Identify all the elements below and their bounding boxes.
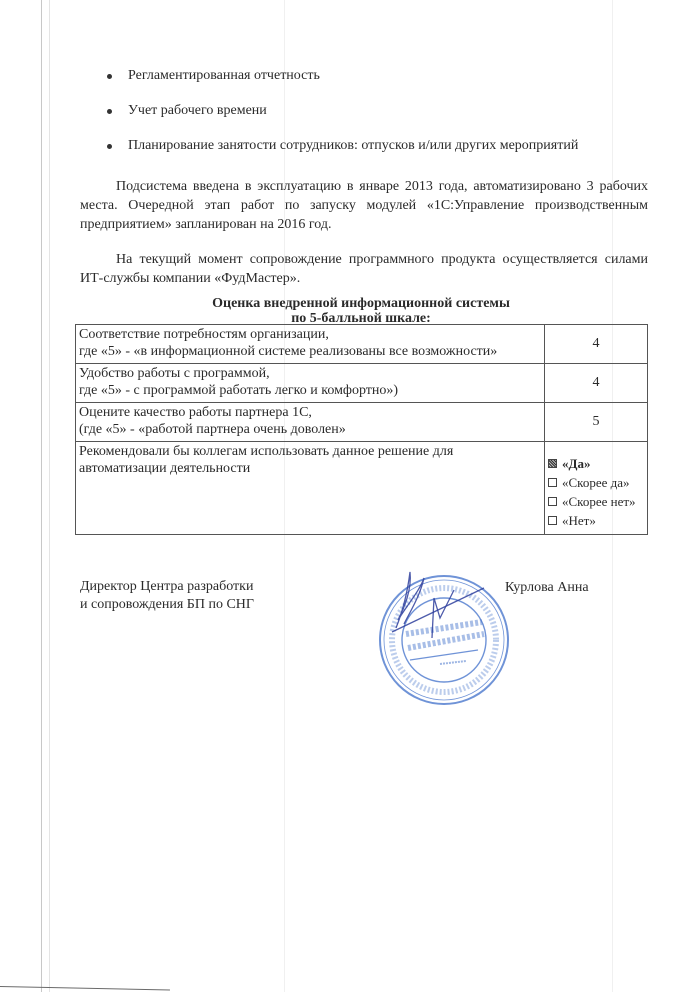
question-criteria: где «5» - с программой работать легко и … — [79, 382, 541, 399]
question-cell: Соответствие потребностям организации, г… — [76, 325, 545, 364]
recommend-options-cell: «Да» «Скорее да» «Скорее нет» «Нет» — [545, 442, 648, 535]
option-rather-yes[interactable]: «Скорее да» — [548, 473, 644, 492]
signatory-name: Курлова Анна — [505, 580, 589, 596]
option-label: «Да» — [562, 454, 590, 473]
checkbox-icon[interactable] — [548, 459, 557, 468]
list-item-text: Учет рабочего времени — [128, 103, 267, 118]
question-cell: Рекомендовали бы коллегам использовать д… — [76, 442, 545, 535]
score-cell: 4 — [545, 325, 648, 364]
question-criteria: (где «5» - «работой партнера очень довол… — [79, 421, 541, 438]
bullet-icon — [107, 109, 112, 114]
question-cell: Удобство работы с программой, где «5» - … — [76, 364, 545, 403]
option-label: «Скорее нет» — [562, 492, 636, 511]
checkbox-icon[interactable] — [548, 516, 557, 525]
rating-table: Соответствие потребностям организации, г… — [75, 324, 648, 535]
list-item-text: Регламентированная отчетность — [128, 68, 320, 83]
company-stamp-icon — [374, 568, 514, 708]
option-label: «Нет» — [562, 511, 596, 530]
bullet-icon — [107, 144, 112, 149]
list-item-text: Планирование занятости сотрудников: отпу… — [128, 138, 578, 153]
position-line: и сопровождения БП по СНГ — [80, 596, 254, 614]
list-item: Планирование занятости сотрудников: отпу… — [104, 136, 578, 171]
paragraph-support: На текущий момент сопровождение программ… — [80, 250, 648, 288]
option-yes[interactable]: «Да» — [548, 454, 644, 473]
option-label: «Скорее да» — [562, 473, 630, 492]
score-cell: 5 — [545, 403, 648, 442]
position-line: Директор Центра разработки — [80, 578, 254, 596]
scan-artifact-line — [49, 0, 50, 992]
table-row: Рекомендовали бы коллегам использовать д… — [76, 442, 648, 535]
scan-artifact-edge — [0, 986, 170, 991]
table-row: Удобство работы с программой, где «5» - … — [76, 364, 648, 403]
list-item: Регламентированная отчетность — [104, 66, 578, 101]
checkbox-icon[interactable] — [548, 497, 557, 506]
feature-list: Регламентированная отчетность Учет рабоч… — [104, 66, 578, 171]
bullet-icon — [107, 74, 112, 79]
option-rather-no[interactable]: «Скорее нет» — [548, 492, 644, 511]
table-row: Оцените качество работы партнера 1С, (гд… — [76, 403, 648, 442]
question-text: Рекомендовали бы коллегам использовать д… — [79, 443, 541, 460]
paragraph-deployment: Подсистема введена в эксплуатацию в янва… — [80, 177, 648, 234]
score-cell: 4 — [545, 364, 648, 403]
question-cell: Оцените качество работы партнера 1С, (гд… — [76, 403, 545, 442]
table-title-line: Оценка внедренной информационной системы — [75, 297, 647, 312]
option-no[interactable]: «Нет» — [548, 511, 644, 530]
table-title: Оценка внедренной информационной системы… — [75, 297, 647, 327]
signatory-position: Директор Центра разработки и сопровожден… — [80, 578, 254, 614]
list-item: Учет рабочего времени — [104, 101, 578, 136]
question-text: автоматизации деятельности — [79, 460, 541, 477]
scan-artifact-line — [41, 0, 42, 992]
question-text: Оцените качество работы партнера 1С, — [79, 404, 541, 421]
question-text: Соответствие потребностям организации, — [79, 326, 541, 343]
question-text: Удобство работы с программой, — [79, 365, 541, 382]
table-row: Соответствие потребностям организации, г… — [76, 325, 648, 364]
checkbox-icon[interactable] — [548, 478, 557, 487]
question-criteria: где «5» - «в информационной системе реал… — [79, 343, 541, 360]
